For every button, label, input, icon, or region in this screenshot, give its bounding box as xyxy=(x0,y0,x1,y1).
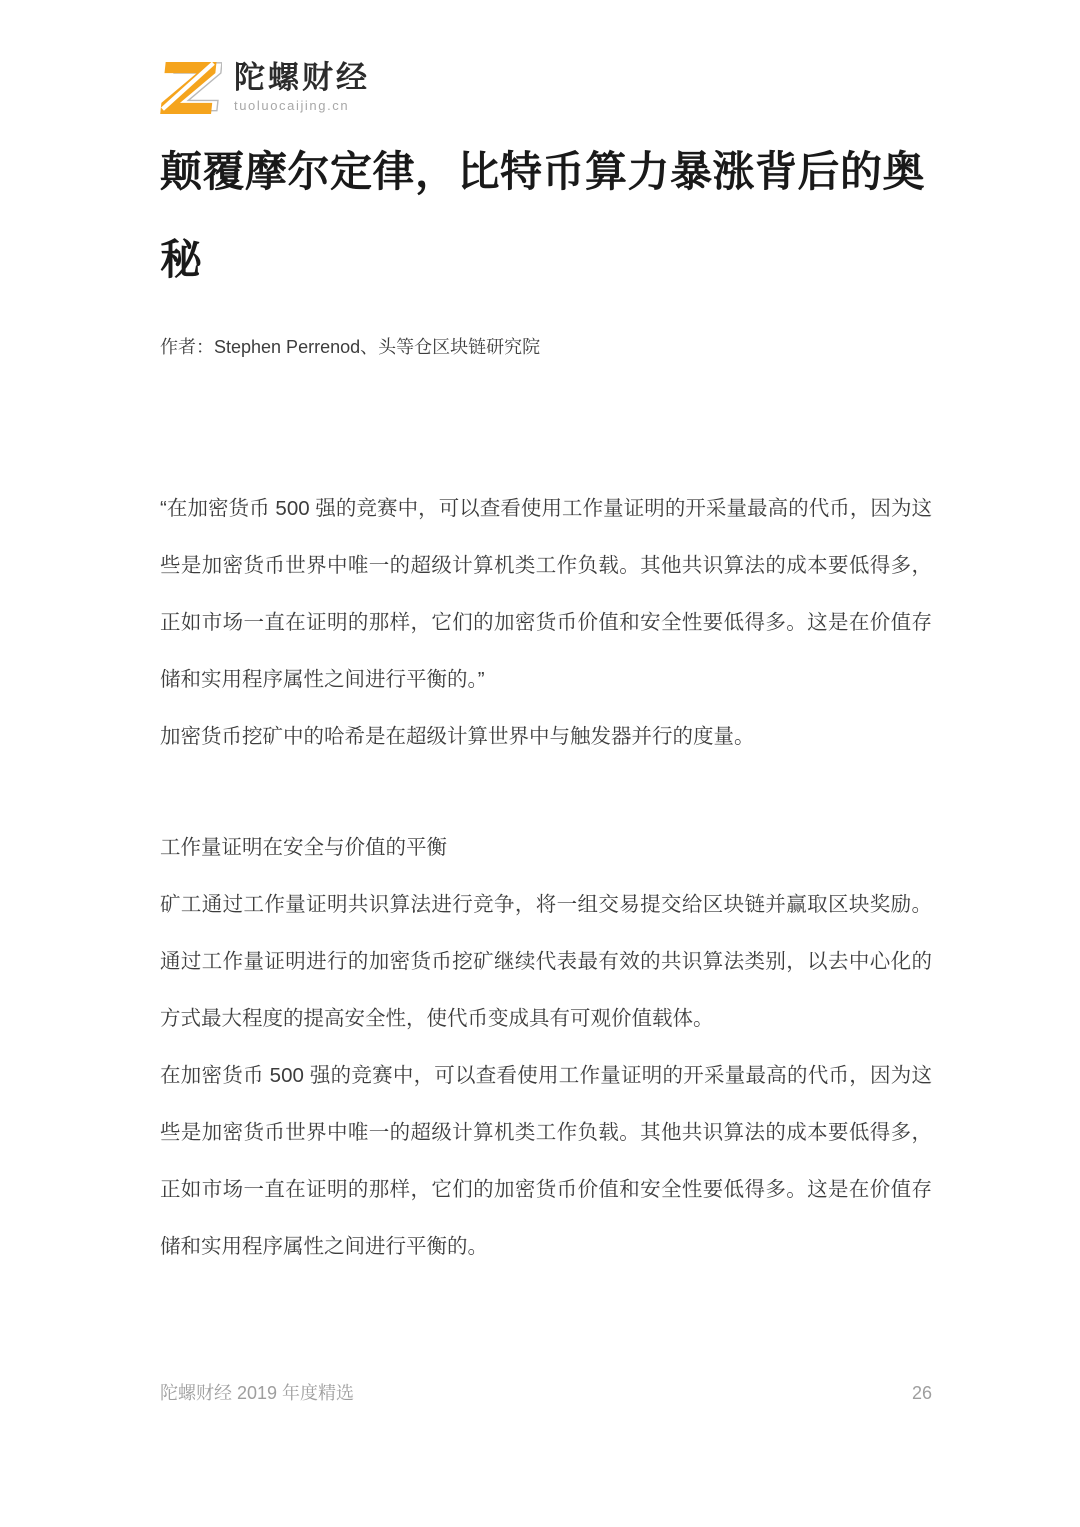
footer-source-label: 陀螺财经 2019 年度精选 xyxy=(160,1380,354,1406)
article-body: “在加密货币 500 强的竞赛中，可以查看使用工作量证明的开采量最高的代币，因为… xyxy=(160,480,932,1275)
page-footer: 陀螺财经 2019 年度精选 26 xyxy=(160,1380,932,1406)
brand-logo: 陀螺财经 tuoluocaijing.cn xyxy=(160,0,932,120)
paragraph-miners: 矿工通过工作量证明共识算法进行竞争，将一组交易提交给区块链并赢取区块奖励。通过工… xyxy=(160,876,932,1047)
brand-z-icon xyxy=(160,56,222,120)
article-title: 颠覆摩尔定律，比特币算力暴涨背后的奥秘 xyxy=(160,128,932,304)
brand-domain: tuoluocaijing.cn xyxy=(234,98,370,113)
brand-text-block: 陀螺财经 tuoluocaijing.cn xyxy=(234,56,370,113)
page-content: 陀螺财经 tuoluocaijing.cn 颠覆摩尔定律，比特币算力暴涨背后的奥… xyxy=(160,0,932,1275)
footer-page-number: 26 xyxy=(912,1380,932,1406)
article-author: 作者：Stephen Perrenod、头等仓区块链研究院 xyxy=(160,334,932,360)
paragraph-top500: 在加密货币 500 强的竞赛中，可以查看使用工作量证明的开采量最高的代币，因为这… xyxy=(160,1047,932,1275)
section-heading: 工作量证明在安全与价值的平衡 xyxy=(160,819,932,876)
paragraph-hash-measure: 加密货币挖矿中的哈希是在超级计算世界中与触发器并行的度量。 xyxy=(160,708,932,765)
article-page: 陀螺财经 tuoluocaijing.cn 颠覆摩尔定律，比特币算力暴涨背后的奥… xyxy=(0,0,1080,1527)
paragraph-quote: “在加密货币 500 强的竞赛中，可以查看使用工作量证明的开采量最高的代币，因为… xyxy=(160,480,932,708)
brand-name: 陀螺财经 xyxy=(234,61,370,95)
